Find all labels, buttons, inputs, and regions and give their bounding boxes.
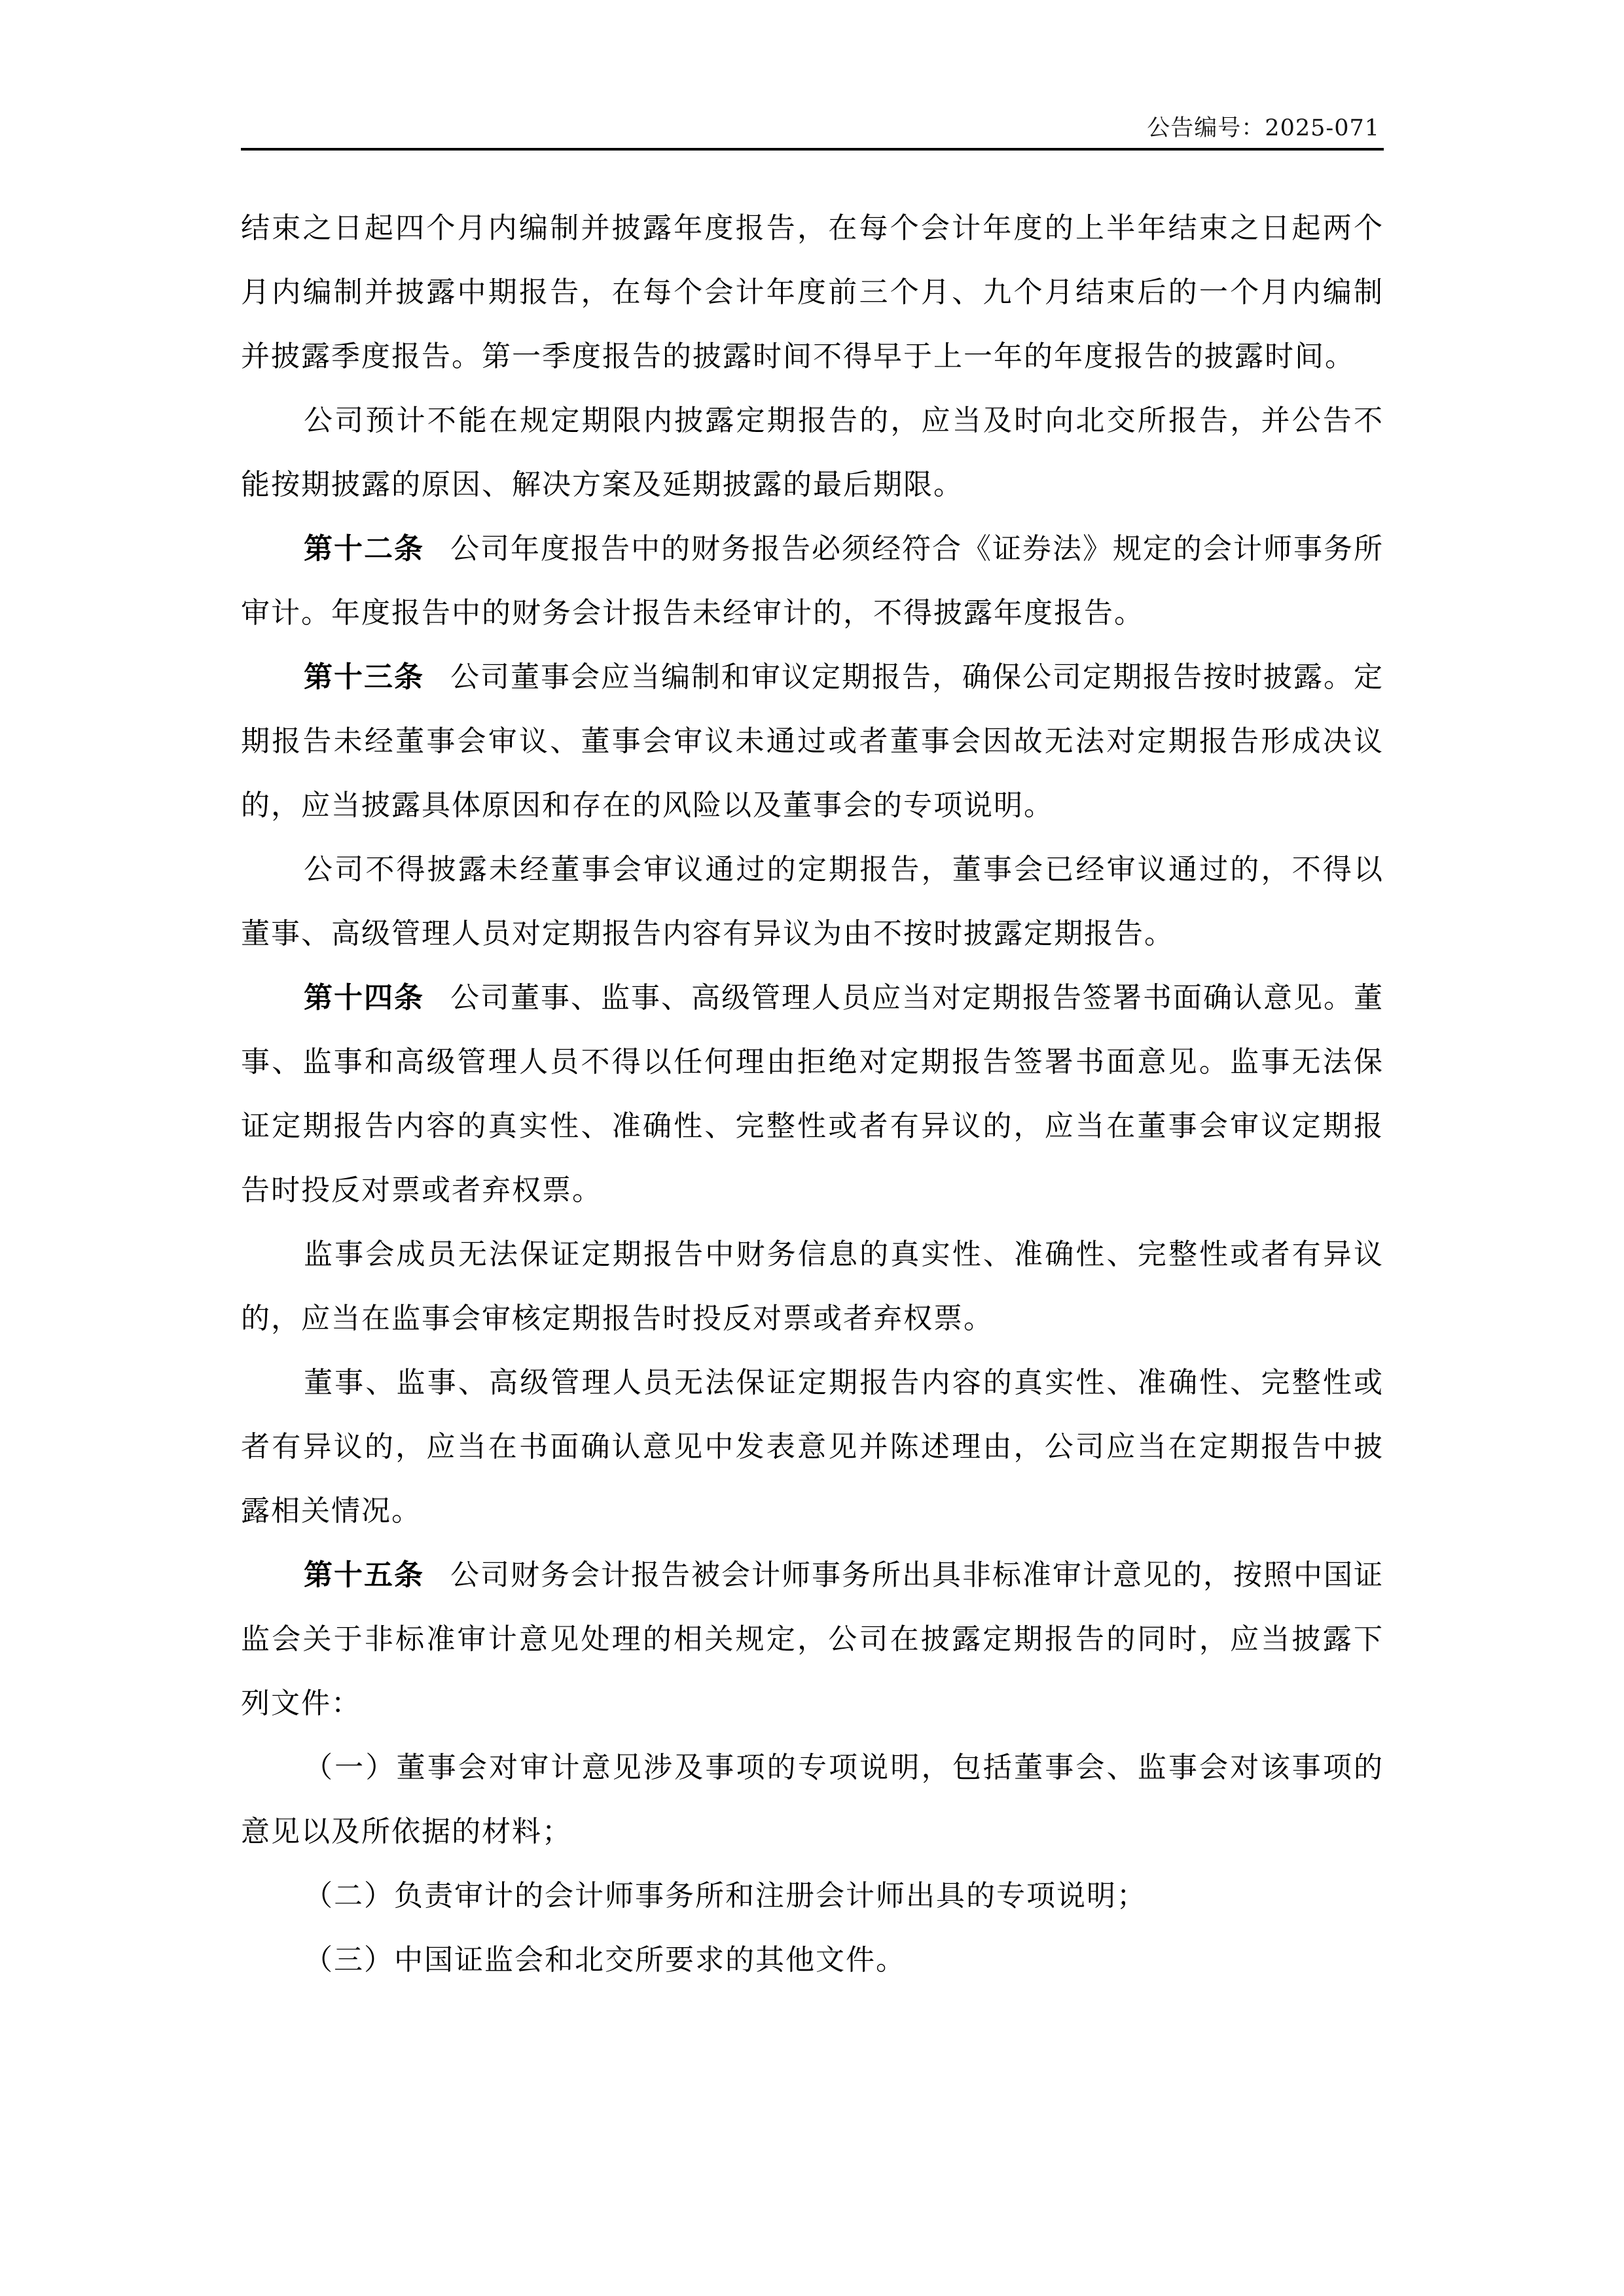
paragraph-text: 公司不得披露未经董事会审议通过的定期报告，董事会已经审议通过的，不得以董事、高级… [241, 853, 1384, 950]
paragraph-text: 董事、监事、高级管理人员无法保证定期报告内容的真实性、准确性、完整性或者有异议的… [241, 1366, 1384, 1528]
paragraph-text: 监事会成员无法保证定期报告中财务信息的真实性、准确性、完整性或者有异议的，应当在… [241, 1238, 1384, 1335]
paragraph: 公司预计不能在规定期限内披露定期报告的，应当及时向北交所报告，并公告不能按期披露… [241, 389, 1384, 517]
article-13: 第十三条公司董事会应当编制和审议定期报告，确保公司定期报告按时披露。定期报告未经… [241, 645, 1384, 838]
article-heading: 第十五条 [304, 1558, 424, 1592]
announcement-number: 公告编号：2025-071 [1147, 114, 1380, 143]
list-item-text: （二）负责审计的会计师事务所和注册会计师出具的专项说明； [304, 1879, 1147, 1912]
list-item-text: （一）董事会对审计意见涉及事项的专项说明，包括董事会、监事会对该事项的意见以及所… [241, 1751, 1384, 1848]
article-14: 第十四条公司董事、监事、高级管理人员应当对定期报告签署书面确认意见。董事、监事和… [241, 966, 1384, 1223]
list-item: （一）董事会对审计意见涉及事项的专项说明，包括董事会、监事会对该事项的意见以及所… [241, 1736, 1384, 1864]
article-heading: 第十三条 [304, 660, 424, 694]
article-heading: 第十二条 [304, 532, 424, 565]
article-heading: 第十四条 [304, 981, 424, 1014]
article-15: 第十五条公司财务会计报告被会计师事务所出具非标准审计意见的，按照中国证监会关于非… [241, 1543, 1384, 1736]
list-item: （三）中国证监会和北交所要求的其他文件。 [241, 1928, 1384, 1992]
list-item: （二）负责审计的会计师事务所和注册会计师出具的专项说明； [241, 1864, 1384, 1928]
document-body: 结束之日起四个月内编制并披露年度报告，在每个会计年度的上半年结束之日起两个月内编… [241, 196, 1384, 1992]
page-header: 公告编号：2025-071 [241, 111, 1384, 151]
paragraph: 董事、监事、高级管理人员无法保证定期报告内容的真实性、准确性、完整性或者有异议的… [241, 1351, 1384, 1543]
paragraph-continuation: 结束之日起四个月内编制并披露年度报告，在每个会计年度的上半年结束之日起两个月内编… [241, 196, 1384, 389]
paragraph: 公司不得披露未经董事会审议通过的定期报告，董事会已经审议通过的，不得以董事、高级… [241, 838, 1384, 966]
paragraph-text: 公司董事、监事、高级管理人员应当对定期报告签署书面确认意见。董事、监事和高级管理… [241, 981, 1384, 1207]
header-divider [241, 148, 1384, 151]
paragraph-text: 结束之日起四个月内编制并披露年度报告，在每个会计年度的上半年结束之日起两个月内编… [241, 211, 1384, 373]
list-item-text: （三）中国证监会和北交所要求的其他文件。 [304, 1943, 906, 1977]
paragraph: 监事会成员无法保证定期报告中财务信息的真实性、准确性、完整性或者有异议的，应当在… [241, 1223, 1384, 1351]
article-12: 第十二条公司年度报告中的财务报告必须经符合《证券法》规定的会计师事务所审计。年度… [241, 517, 1384, 645]
paragraph-text: 公司预计不能在规定期限内披露定期报告的，应当及时向北交所报告，并公告不能按期披露… [241, 404, 1384, 501]
